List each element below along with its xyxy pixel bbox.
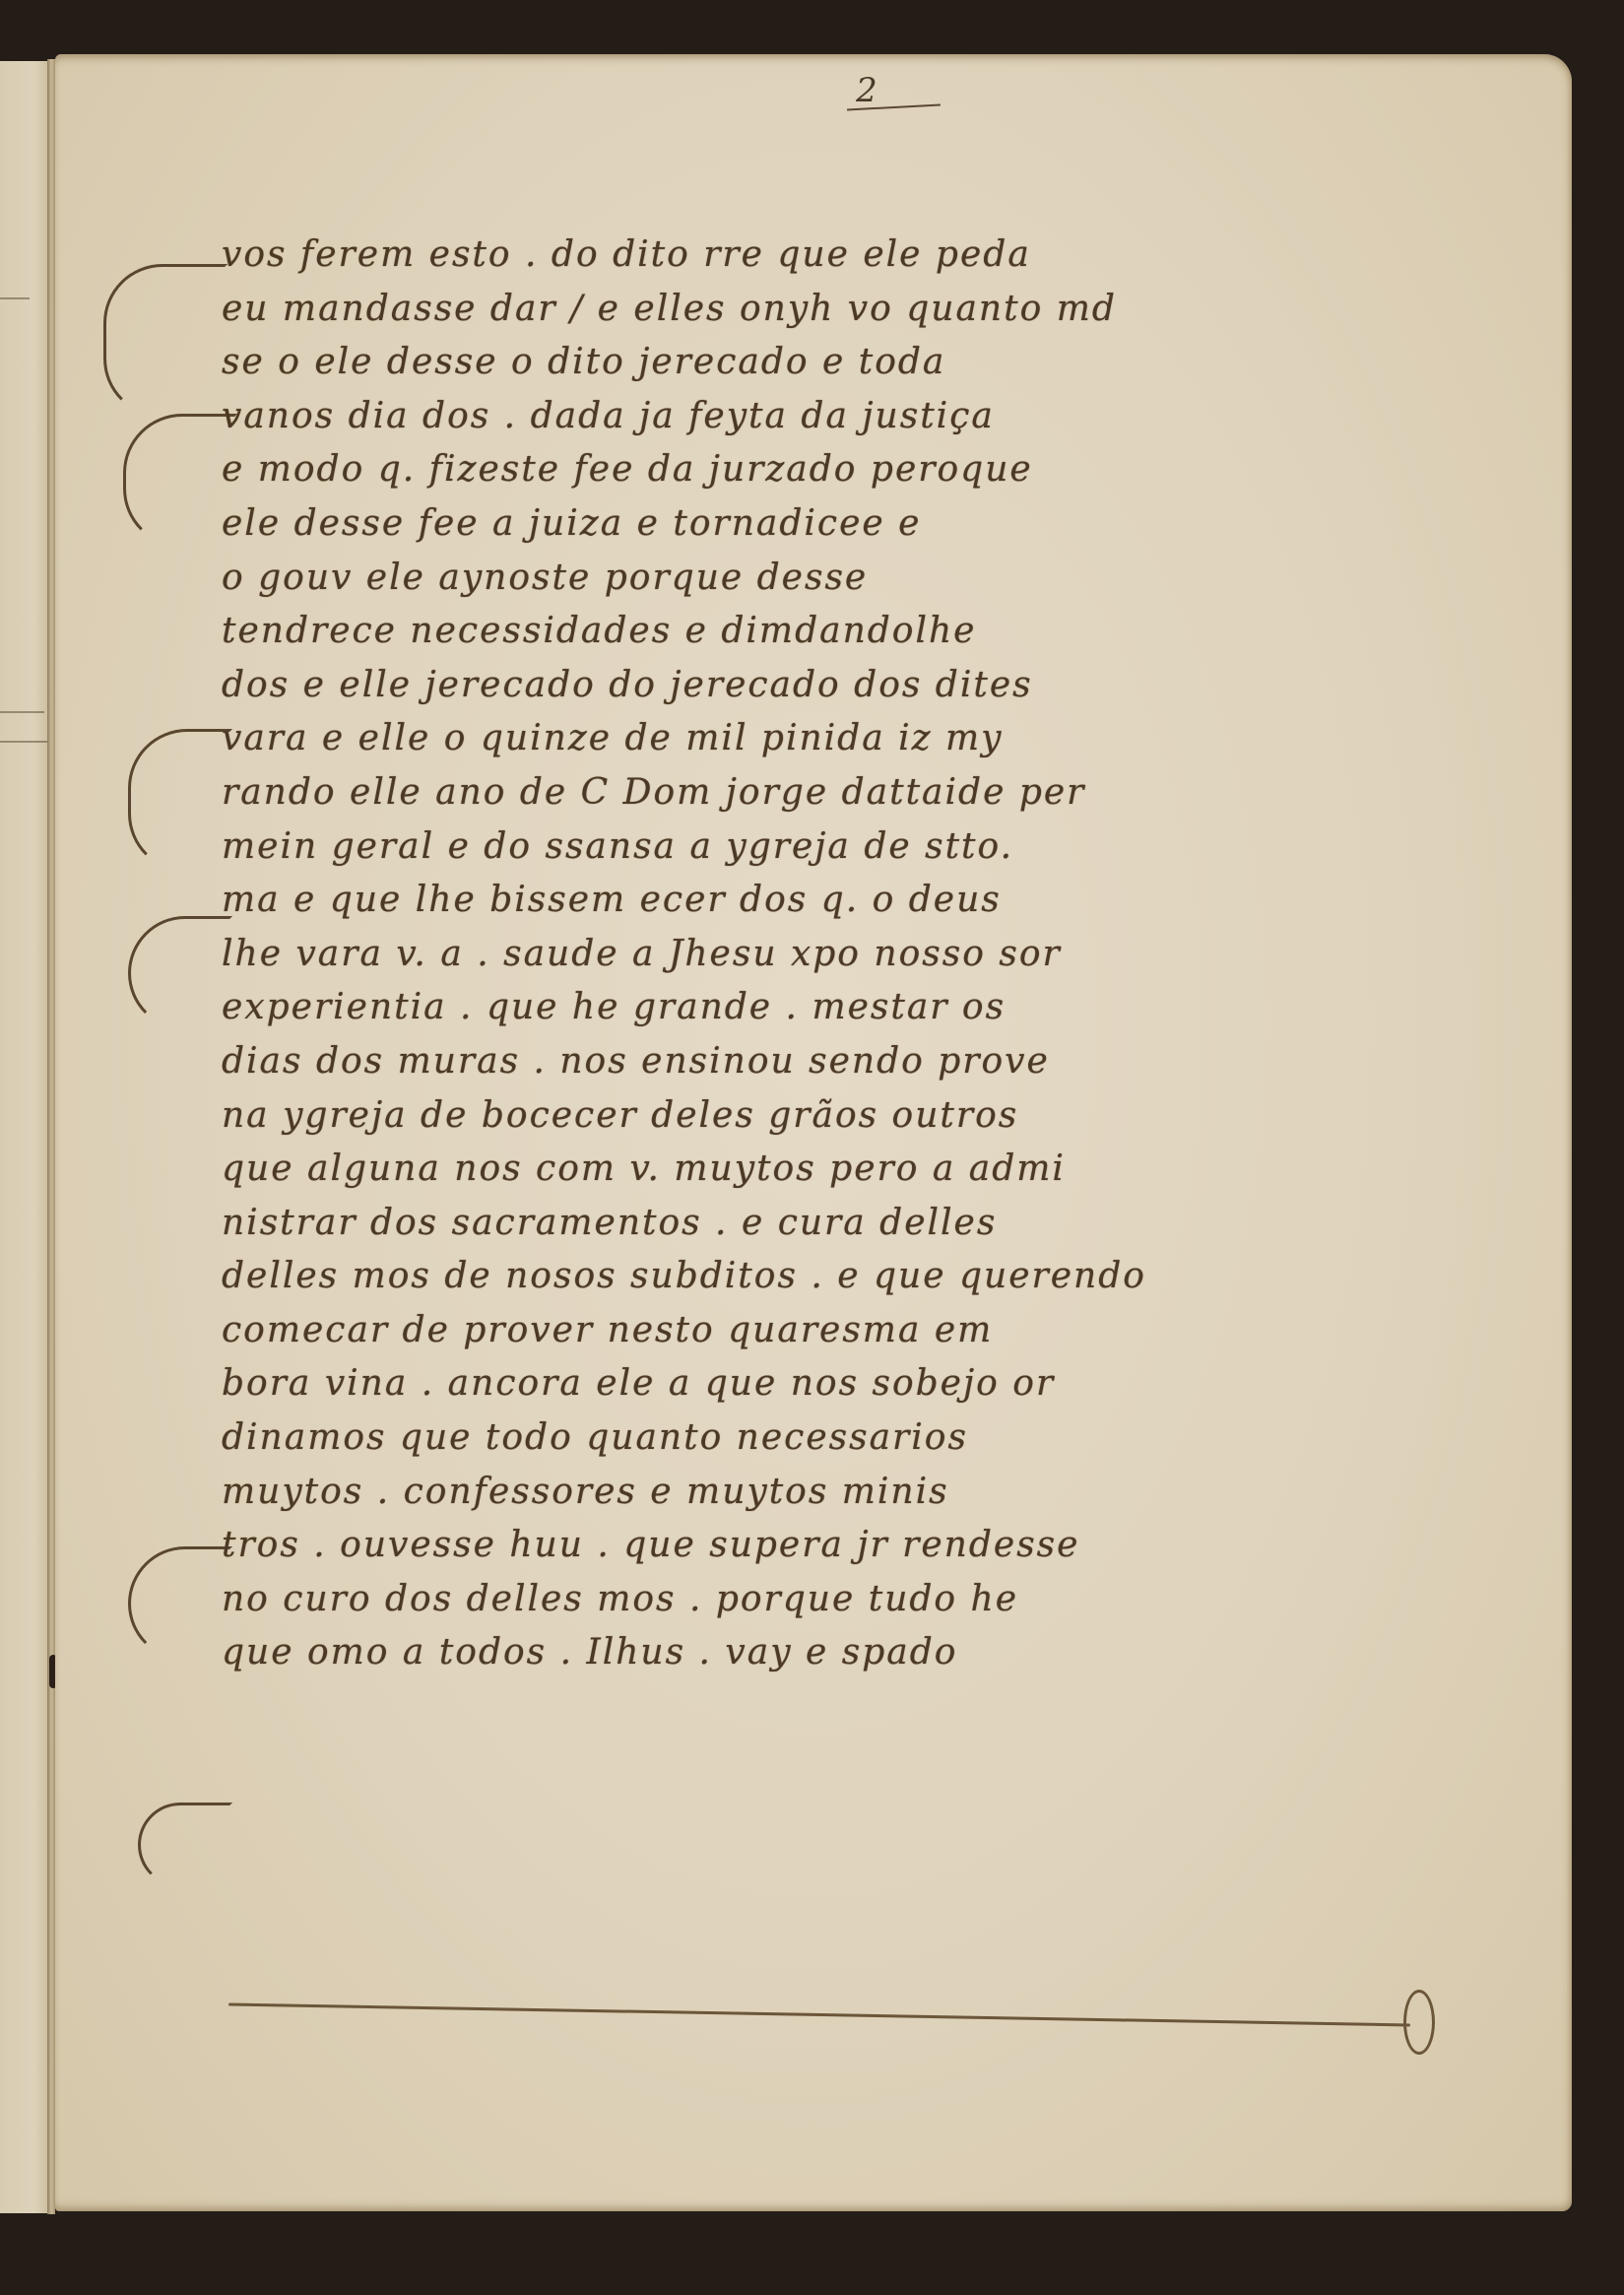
- text-line: que alguna nos com v. muytos pero a admi: [222, 1143, 1492, 1197]
- ink-mark: [0, 711, 44, 713]
- text-line: dinamos que todo quanto necessarios: [222, 1411, 1492, 1466]
- text-line: vanos dia dos . dada ja feyta da justiça: [222, 390, 1492, 444]
- text-line: rando elle ano de C Dom jorge dattaide p…: [222, 766, 1492, 820]
- text-line: bora vina . ancora ele a que nos sobejo …: [222, 1357, 1492, 1411]
- margin-flourish: [123, 414, 237, 548]
- text-line: dos e elle jerecado do jerecado dos dite…: [222, 659, 1492, 713]
- text-line: no curo dos delles mos . porque tudo he: [222, 1573, 1492, 1627]
- margin-flourish: [128, 916, 232, 1030]
- margin-flourish: [138, 1803, 232, 1887]
- text-line: lhe vara v. a . saude a Jhesu xpo nosso …: [222, 928, 1492, 982]
- closing-flourish-loop: [1403, 1990, 1435, 2055]
- adjacent-page-edge: [0, 61, 49, 2213]
- text-line: tendrece necessidades e dimdandolhe: [222, 605, 1492, 659]
- text-line: experientia . que he grande . mestar os: [222, 981, 1492, 1035]
- manuscript-text: vos ferem esto . do dito rre que ele ped…: [222, 229, 1492, 1680]
- text-line: muytos . confessores e muytos minis: [222, 1466, 1492, 1520]
- ink-mark: [0, 741, 47, 743]
- text-line: ele desse fee a juiza e tornadicee e: [222, 497, 1492, 552]
- text-line: eu mandasse dar / e elles onyh vo quanto…: [222, 283, 1492, 337]
- text-line: vara e elle o quinze de mil pinida iz my: [222, 712, 1492, 766]
- text-line: mein geral e do ssansa a ygreja de stto.: [222, 820, 1492, 875]
- text-line: na ygreja de bocecer deles grãos outros: [222, 1089, 1492, 1144]
- margin-flourish: [103, 264, 227, 418]
- text-line: o gouv ele aynoste porque desse: [222, 552, 1492, 606]
- text-line: ma e que lhe bissem ecer dos q. o deus: [222, 874, 1492, 928]
- book-gutter: [47, 59, 55, 2214]
- text-line: tros . ouvesse huu . que supera jr rende…: [222, 1519, 1492, 1573]
- text-line: se o ele desse o dito jerecado e toda: [222, 336, 1492, 390]
- text-line: delles mos de nosos subditos . e que que…: [222, 1250, 1492, 1304]
- text-line: vos ferem esto . do dito rre que ele ped…: [222, 229, 1492, 283]
- margin-flourish: [128, 1546, 232, 1661]
- text-line: e modo q. fizeste fee da jurzado peroque: [222, 443, 1492, 497]
- text-line: dias dos muras . nos ensinou sendo prove: [222, 1035, 1492, 1089]
- text-line: que omo a todos . Ilhus . vay e spado: [222, 1626, 1492, 1680]
- text-line: comecar de prover nesto quaresma em: [222, 1304, 1492, 1358]
- ink-mark: [0, 297, 30, 299]
- margin-flourish: [128, 729, 232, 873]
- text-line: nistrar dos sacramentos . e cura delles: [222, 1197, 1492, 1251]
